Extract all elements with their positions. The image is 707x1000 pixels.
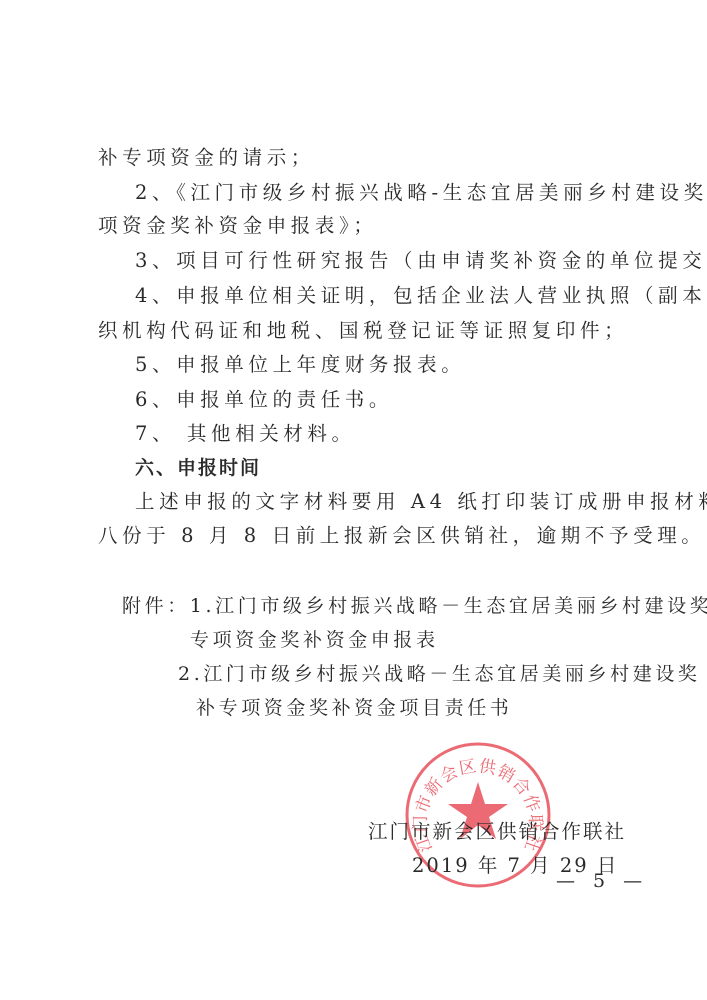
paragraph-line: 八份于 8 月 8 日前上报新会区供销社，逾期不予受理。 xyxy=(98,524,705,548)
text-line: 补专项资金的请示； xyxy=(98,146,315,170)
attachment-1: 附件：1.江门市级乡村振兴战略－生态宜居美丽乡村建设奖补 xyxy=(122,594,707,618)
text-line: 项资金奖补资金申报表》； xyxy=(98,214,377,238)
attachment-1-cont: 专项资金奖补资金申报表 xyxy=(190,628,439,652)
list-item-7: 7、 其他相关材料。 xyxy=(135,422,356,446)
list-item-2: 2、《江门市级乡村振兴战略-生态宜居美丽乡村建设奖补专 xyxy=(135,181,707,205)
signature-organization: 江门市新会区供销合作联社 xyxy=(368,816,626,844)
text-line: 织机构代码证和地税、国税登记证等证照复印件； xyxy=(98,319,628,343)
section-heading: 六、申报时间 xyxy=(135,456,261,480)
paragraph-line: 上述申报的文字材料要用 A4 纸打印装订成册申报材料一式 xyxy=(135,490,707,514)
list-item-6: 6、申报单位的责任书。 xyxy=(135,388,393,412)
list-item-4: 4、申报单位相关证明，包括企业法人营业执照（副本）、组 xyxy=(135,284,707,308)
attachment-2: 2.江门市级乡村振兴战略－生态宜居美丽乡村建设奖 xyxy=(178,662,701,686)
list-item-5: 5、申报单位上年度财务报表。 xyxy=(135,353,465,377)
attachment-2-cont: 补专项资金奖补资金项目责任书 xyxy=(196,696,512,720)
page-number: — 5 — xyxy=(556,870,648,892)
list-item-3: 3、项目可行性研究报告（由申请奖补资金的单位提交）； xyxy=(135,249,707,273)
